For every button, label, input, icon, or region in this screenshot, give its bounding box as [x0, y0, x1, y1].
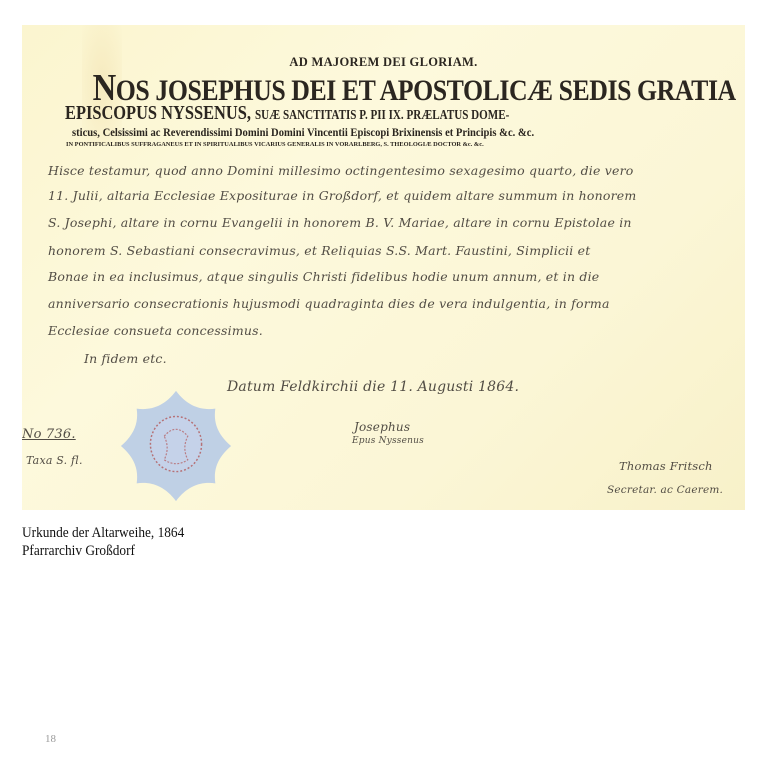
caption-source: Pfarrarchiv Großdorf	[22, 542, 184, 560]
document-scan: AD MAJOREM DEI GLORIAM. NOS JOSEPHUS DEI…	[22, 25, 745, 510]
secretary-title: Secretar. ac Caerem.	[607, 484, 723, 496]
subtitle-rest: SUÆ SANCTITATIS P. PII IX. PRÆLATUS DOME…	[255, 107, 509, 122]
handwritten-line: Bonae in ea inclusimus, atque singulis C…	[48, 269, 599, 284]
secretary-name: Thomas Fritsch	[619, 459, 713, 473]
dated-line: Datum Feldkirchii die 11. Augusti 1864.	[227, 379, 519, 395]
handwritten-line: Hisce testamur, quod anno Domini millesi…	[48, 163, 634, 178]
reference-fee: Taxa S. fl.	[26, 454, 83, 467]
printed-line-3: sticus, Celsissimi ac Reverendissimi Dom…	[72, 127, 737, 139]
figure-caption: Urkunde der Altarweihe, 1864 Pfarrarchiv…	[22, 524, 184, 560]
signature-title: Epus Nyssenus	[352, 436, 424, 446]
printed-subtitle: EPISCOPUS NYSSENUS, SUÆ SANCTITATIS P. P…	[65, 102, 658, 125]
handwritten-line: 11. Julii, altaria Ecclesiae Expositurae…	[48, 188, 636, 203]
printed-line-4: IN PONTIFICALIBUS SUFFRAGANEUS ET IN SPI…	[66, 141, 745, 148]
reference-number: No 736.	[22, 427, 76, 442]
subtitle-main: EPISCOPUS NYSSENUS,	[65, 102, 251, 124]
caption-title: Urkunde der Altarweihe, 1864	[22, 524, 184, 542]
signature-name: Josephus	[354, 420, 410, 434]
page-number: 18	[45, 733, 56, 745]
handwritten-line: honorem S. Sebastiani consecravimus, et …	[48, 243, 591, 258]
handwritten-line: S. Josephi, altare in cornu Evangelii in…	[48, 215, 632, 230]
handwritten-line: Ecclesiae consueta concessimus.	[48, 323, 263, 338]
seal-icon	[117, 387, 235, 505]
handwritten-line: In fidem etc.	[84, 351, 167, 366]
handwritten-line: anniversario consecrationis hujusmodi qu…	[48, 296, 610, 311]
